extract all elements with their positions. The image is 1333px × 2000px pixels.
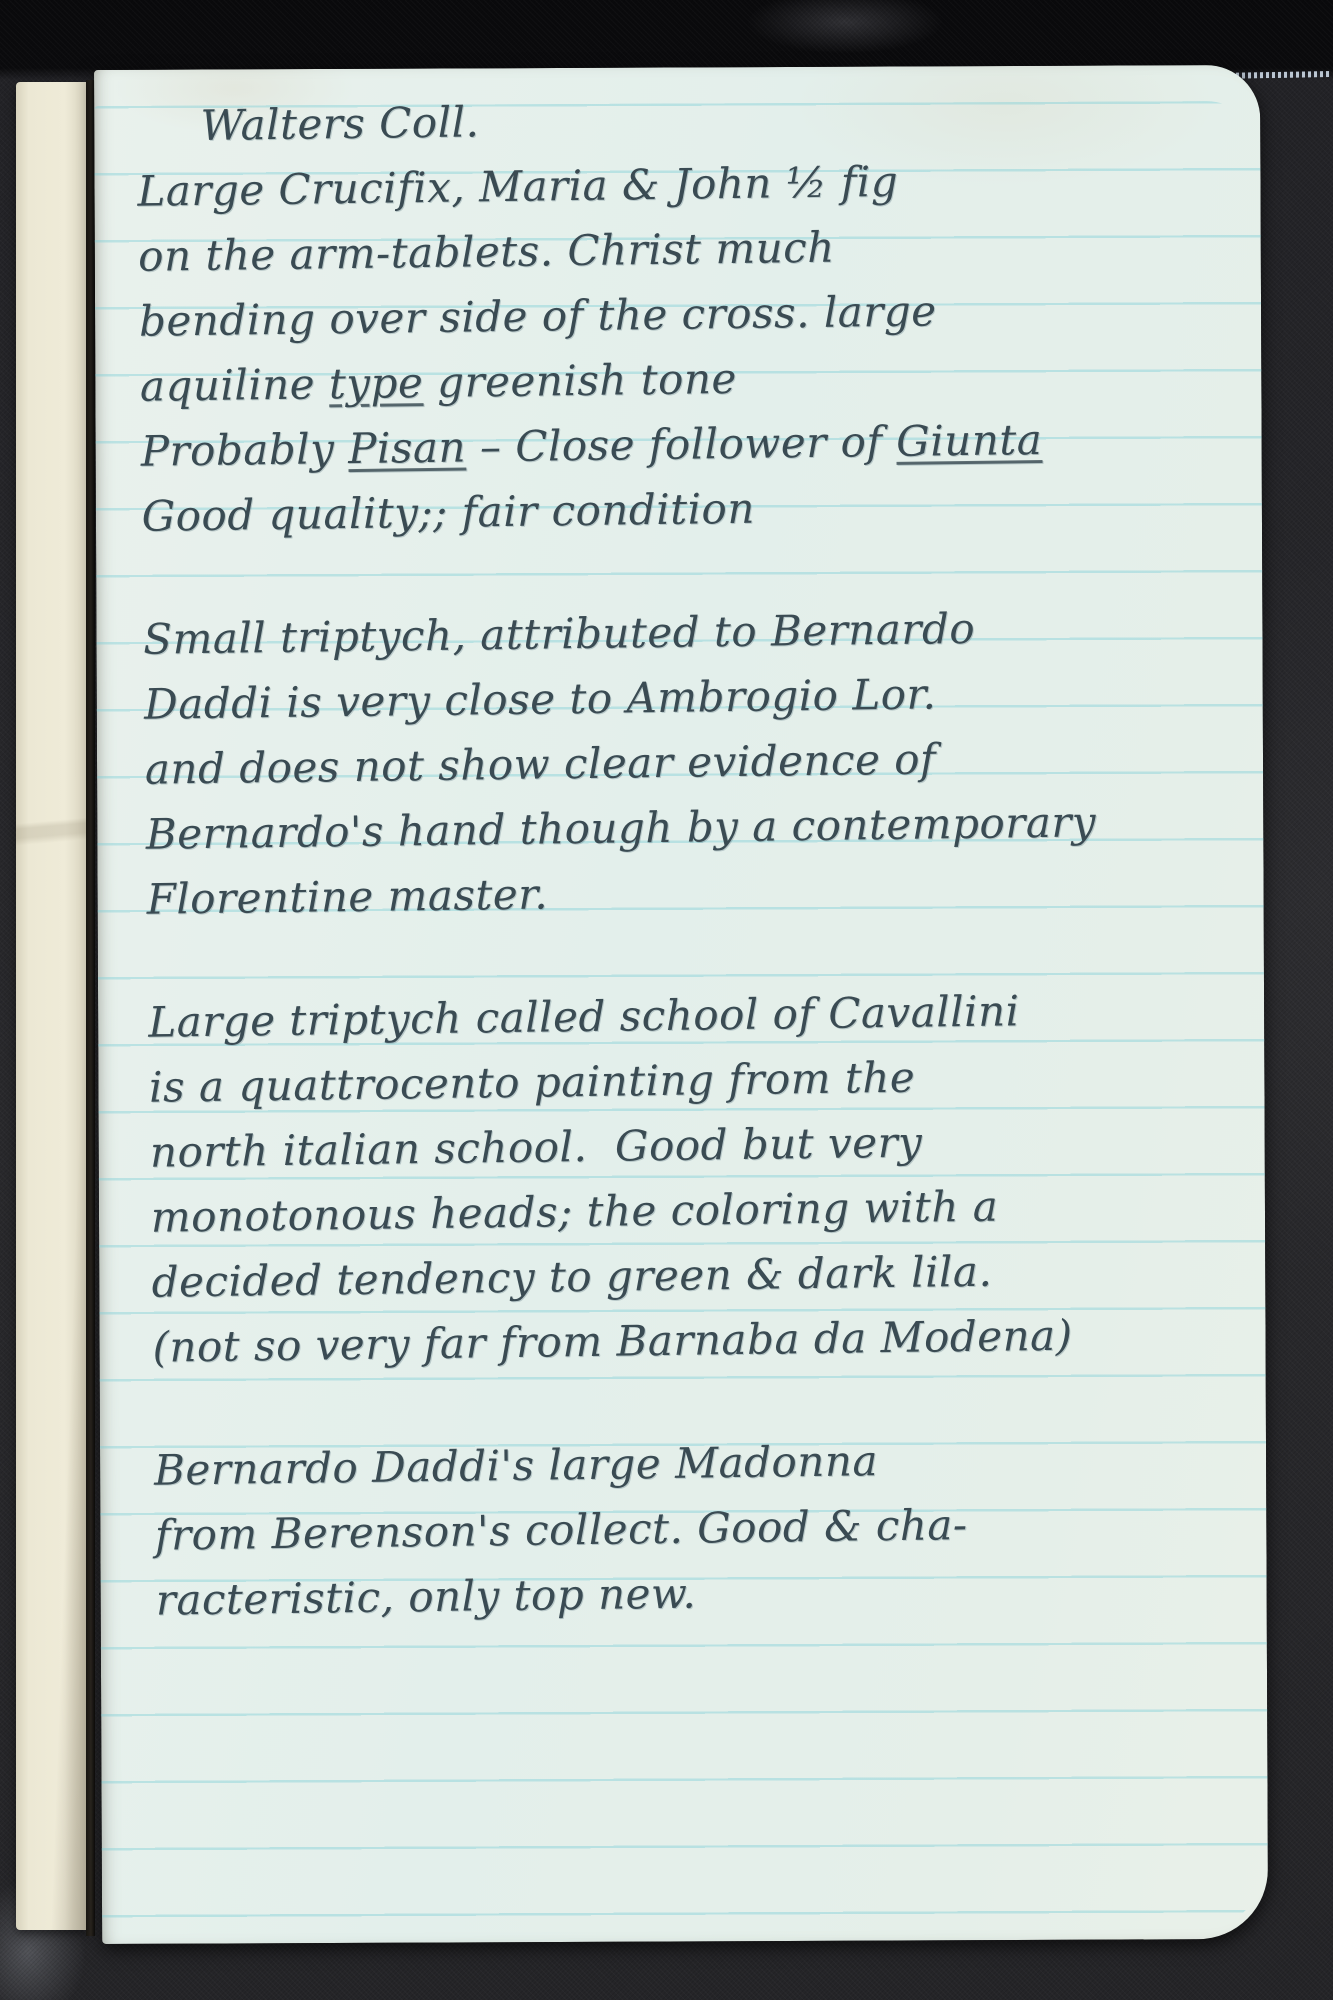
notebook-page: Walters Coll.Large Crucifix, Maria & Joh… xyxy=(94,65,1268,1944)
handwritten-line: Good quality;; fair condition xyxy=(141,470,1222,549)
handwritten-line: racteristic, only top new. xyxy=(155,1554,1236,1633)
paragraph-4: Bernardo Daddi's large Madonnafrom Beren… xyxy=(154,1424,1236,1633)
handwritten-line: (not so very far from Barnaba da Modena) xyxy=(152,1301,1233,1380)
paragraph-1: Walters Coll.Large Crucifix, Maria & Joh… xyxy=(136,80,1222,549)
handwriting-text: Walters Coll.Large Crucifix, Maria & Joh… xyxy=(136,80,1236,1633)
binding-gutter xyxy=(86,80,95,1936)
paragraph-3: Large triptych called school of Cavallin… xyxy=(148,976,1233,1380)
handwritten-line: Florentine master. xyxy=(146,853,1227,932)
paragraph-2: Small triptych, attributed to BernardoDa… xyxy=(143,593,1227,932)
page-edge-strip xyxy=(16,82,86,1930)
